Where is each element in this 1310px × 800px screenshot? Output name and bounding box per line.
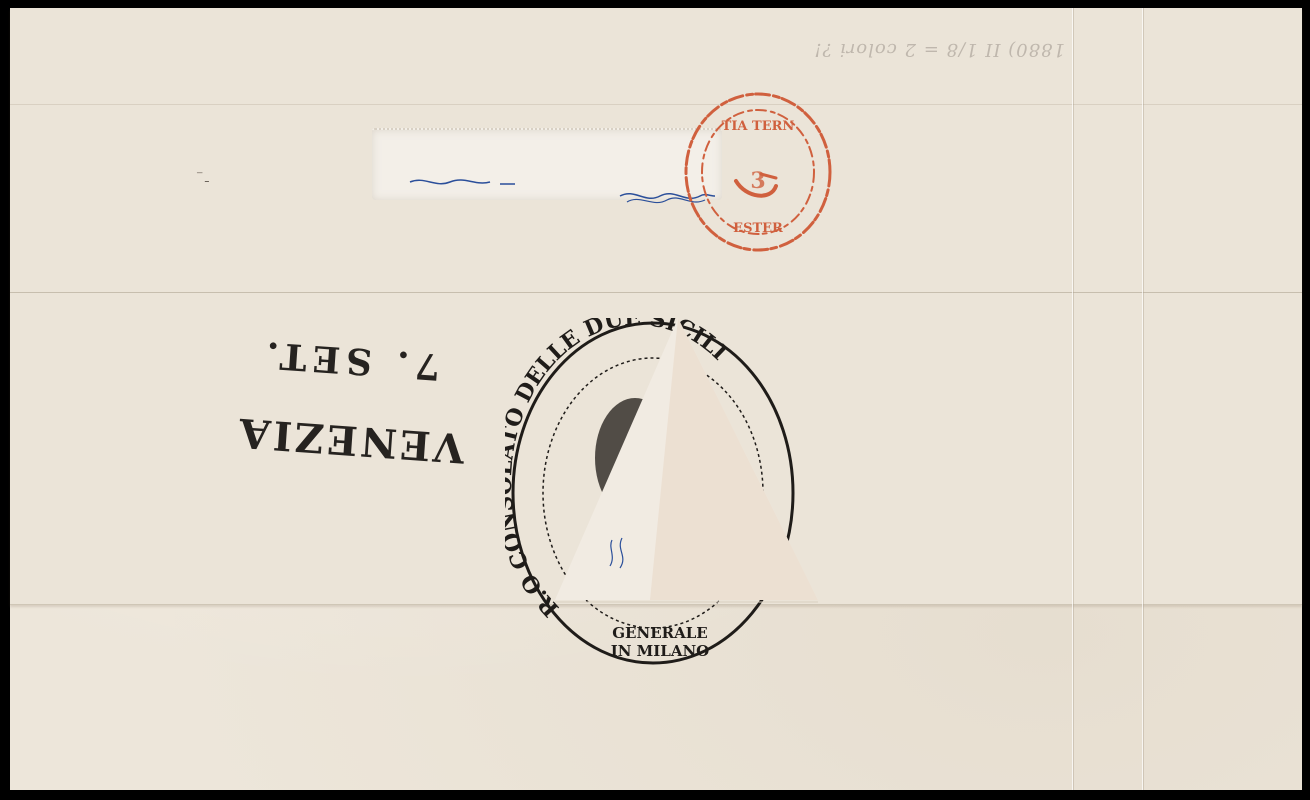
venezia-line1: VENEZIA (235, 409, 466, 472)
red-circular-postmark: TIA TERN ESTER 3 (676, 86, 836, 258)
fold-line-vertical (1142, 8, 1143, 790)
fold-line-horizontal (10, 292, 1302, 293)
pencil-annotation: 1880) II 1/8 = 2 colori ?! (625, 30, 1065, 60)
consulate-oval-seal: R.O CONSOLATO DELLE DUE SICILIE GENERALE… (505, 318, 805, 683)
postmark-center-text: 3 (750, 168, 765, 194)
seal-bottom-text-1: GENERALE (612, 624, 707, 642)
postmark-bottom-text: ESTER (733, 221, 783, 236)
fold-line-horizontal (10, 104, 1302, 105)
fold-line-vertical (1072, 8, 1073, 790)
venezia-line2: 7. SET. (259, 333, 442, 387)
venezia-cancel: VENEZIA 7. SET. (233, 310, 483, 476)
seal-bottom-text-2: IN MILANO (611, 642, 710, 660)
postmark-top-text: TIA TERN (722, 119, 795, 134)
pencil-mark: ⁻ˍ (196, 168, 210, 184)
